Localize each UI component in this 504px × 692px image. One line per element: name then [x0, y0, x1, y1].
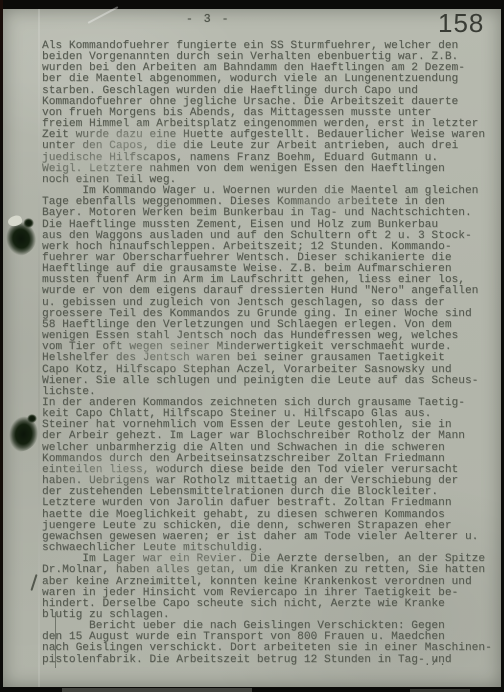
typewritten-text: Als Kommandofuehrer fungierte ein SS Stu… [42, 41, 492, 666]
continuation-mark: ./. [424, 657, 447, 669]
scanned-page: - 3 - 158 Als Kommandofuehrer fungierte … [0, 0, 504, 692]
ink-spot [26, 414, 37, 423]
fold-line-bottom [55, 612, 56, 668]
page-number-marker: - 3 - [186, 13, 231, 26]
fold-line-left [38, 9, 40, 687]
ink-spot [22, 218, 34, 228]
scan-border-gap [62, 688, 252, 692]
stamp-page-number: 158 [438, 8, 484, 39]
